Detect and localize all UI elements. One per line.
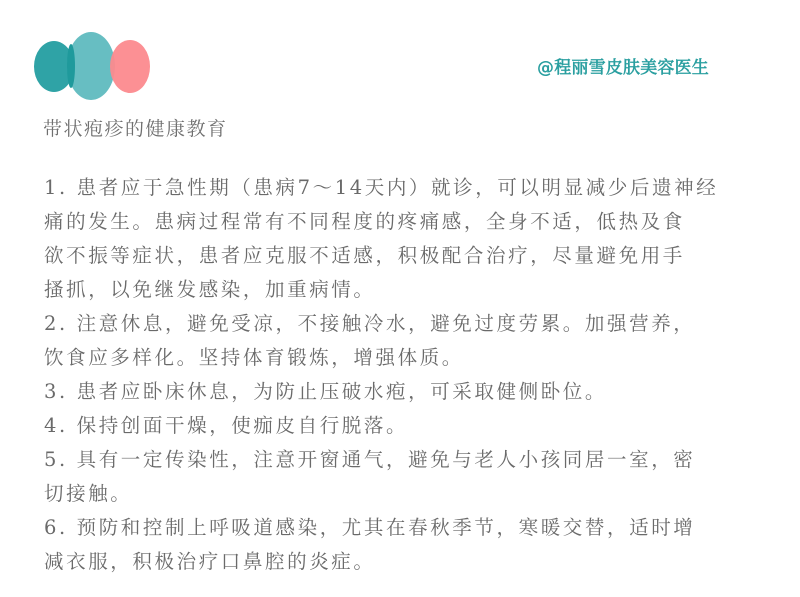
author-watermark: @程丽雪皮肤美容医生 (537, 53, 709, 78)
body-line: 6. 预防和控制上呼吸道感染，尤其在春秋季节，寒暖交替，适时增 (44, 511, 760, 545)
logo-circles (0, 0, 160, 110)
body-line: 5. 具有一定传染性，注意开窗通气，避免与老人小孩同居一室，密 (44, 443, 760, 477)
body-line: 搔抓，以免继发感染，加重病情。 (44, 273, 760, 307)
body-line: 切接触。 (44, 477, 760, 511)
body-line: 痛的发生。患病过程常有不同程度的疼痛感，全身不适，低热及食 (44, 205, 760, 239)
body-line: 2. 注意休息，避免受凉，不接触冷水，避免过度劳累。加强营养， (44, 307, 760, 341)
body-line: 3. 患者应卧床休息，为防止压破水疱，可采取健侧卧位。 (44, 375, 760, 409)
body-line: 欲不振等症状，患者应克服不适感，积极配合治疗，尽量避免用手 (44, 239, 760, 273)
body-line: 1. 患者应于急性期（患病7～14天内）就诊，可以明显减少后遗神经 (44, 171, 760, 205)
body-line: 减衣服，积极治疗口鼻腔的炎症。 (44, 545, 760, 579)
document-body: 1. 患者应于急性期（患病7～14天内）就诊，可以明显减少后遗神经 痛的发生。患… (44, 171, 760, 579)
logo-circle-overlap (67, 44, 75, 88)
body-line: 饮食应多样化。坚持体育锻炼，增强体质。 (44, 341, 760, 375)
body-line: 4. 保持创面干燥，使痂皮自行脱落。 (44, 409, 760, 443)
page-title: 带状疱疹的健康教育 (43, 114, 228, 141)
logo-circle-pink (110, 40, 150, 93)
